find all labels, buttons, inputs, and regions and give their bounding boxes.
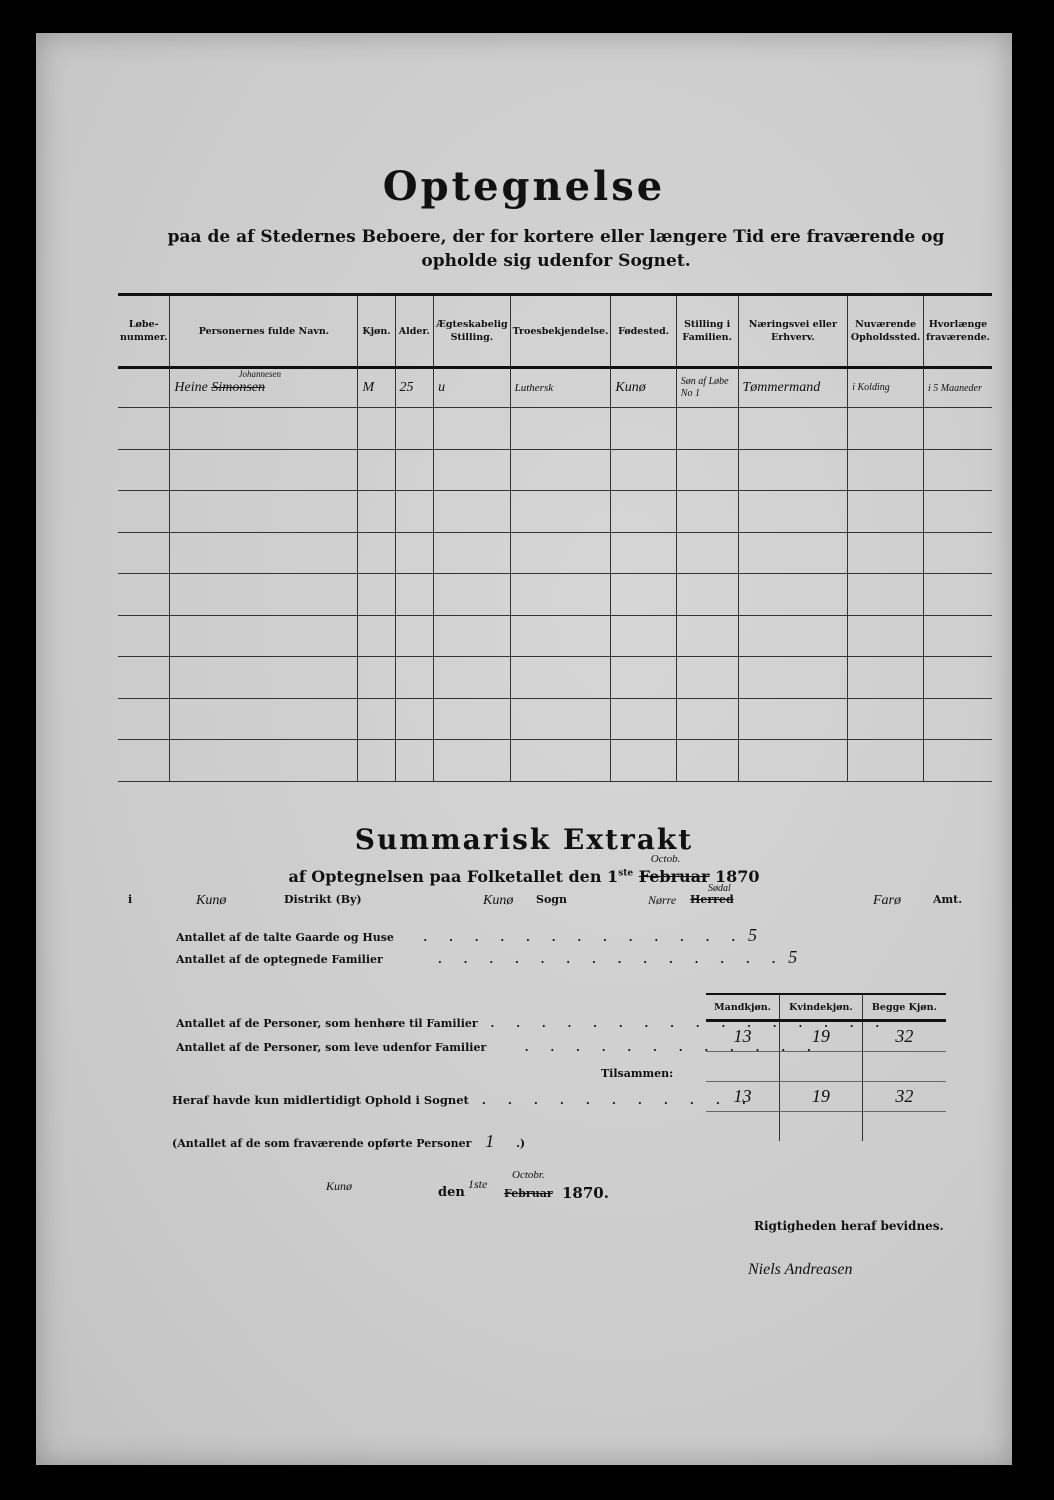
date-correction: Octobr. (512, 1169, 545, 1181)
cell-fravaerende: i 5 Maaneder (923, 368, 992, 408)
cell-erhverv: Tømmermand (738, 368, 848, 408)
location-prefix: i (128, 893, 132, 906)
totals-table: Mandkjøn. Kvindekjøn. Begge Kjøn. 13 19 … (706, 993, 946, 1141)
totals-header: Mandkjøn. Kvindekjøn. Begge Kjøn. (706, 994, 946, 1021)
cell-begge: 32 (862, 1021, 946, 1052)
cell-troes: Luthersk (510, 368, 611, 408)
census-table: Løbe-nummer. Personernes fulde Navn. Kjø… (118, 293, 992, 782)
leader-dots: . . . . . . . . . . . . . (398, 931, 744, 944)
date-prefix: den (438, 1185, 465, 1200)
col-familie: Stilling i Familien. (676, 295, 738, 368)
date-place: Kunø (326, 1179, 352, 1194)
herred-struck: Herred (690, 893, 734, 906)
extract-title: Summarisk Extrakt (36, 823, 1012, 856)
sogn-label: Sogn (536, 893, 567, 906)
date-line: Kunø den 1ste Februar Octobr. 1870. (326, 1177, 646, 1207)
extract-subtitle-sup: ste (618, 869, 633, 879)
location-line: i Kunø Distrikt (By) Kunø Sogn Nørre Her… (128, 893, 988, 915)
cell-nummer (118, 368, 170, 408)
amt-label: Amt. (933, 893, 962, 906)
table-row-empty (118, 491, 992, 533)
table-row-empty (118, 615, 992, 657)
cell-mand: 13 (706, 1082, 780, 1112)
cell-kvinde: 19 (780, 1082, 863, 1112)
col-alder: Alder. (395, 295, 434, 368)
count-value: 5 (788, 947, 797, 967)
absent-close: .) (516, 1137, 525, 1150)
signature: Niels Andreasen (748, 1261, 852, 1279)
cell-opholdssted: i Kolding (848, 368, 924, 408)
navn-correction: Johannesen (239, 369, 282, 379)
navn-struck: Simonsen (211, 380, 265, 395)
document-page: Optegnelse paa de af Stedernes Beboere, … (36, 33, 1012, 1465)
date-struck: Februar (504, 1187, 553, 1200)
extract-subtitle-correction: Octob. (651, 853, 681, 865)
row-label: Heraf havde kun midlertidigt Ophold i So… (172, 1093, 469, 1107)
table-row-empty (118, 532, 992, 574)
cell-fodested: Kunø (611, 368, 676, 408)
cell-kvinde (780, 1112, 863, 1142)
cell-kjon: M (358, 368, 395, 408)
amt-value: Farø (873, 893, 901, 909)
cell-familie: Søn af Løbe No 1 (676, 368, 738, 408)
district-label: Distrikt (By) (284, 893, 362, 906)
absent-line: (Antallet af de som fraværende opførte P… (172, 1131, 525, 1152)
table-row-empty (118, 657, 992, 699)
table-row-empty (118, 408, 992, 450)
count-value: 5 (748, 925, 757, 945)
tilsammen-label: Tilsammen: (601, 1067, 673, 1080)
district-value: Kunø (196, 893, 226, 909)
cell-begge (862, 1052, 946, 1082)
table-row-empty (118, 698, 992, 740)
row-label: Antallet af de Personer, som henhøre til… (176, 1017, 478, 1030)
totals-row-familier: 13 19 32 (706, 1021, 946, 1052)
herred-value: Nørre (648, 893, 676, 908)
col-lobenummer: Løbe-nummer. (118, 295, 170, 368)
absent-label: (Antallet af de som fraværende opførte P… (172, 1137, 471, 1150)
midlertidigt-label: Heraf havde kun midlertidigt Ophold i So… (172, 1093, 755, 1107)
census-header-row: Løbe-nummer. Personernes fulde Navn. Kjø… (118, 295, 992, 368)
extract-subtitle-prefix: af Optegnelsen paa Folketallet den 1 (288, 867, 618, 886)
col-fravaerende: Hvorlænge fraværende. (923, 295, 992, 368)
totals-row-midlertidigt (706, 1112, 946, 1142)
totals-row-udenfor (706, 1052, 946, 1082)
date-day: 1ste (468, 1177, 487, 1192)
col-mandkjon: Mandkjøn. (706, 994, 780, 1021)
herred-correction: Sødal (708, 883, 731, 894)
col-aegteskab: Ægteskabelig Stilling. (434, 295, 511, 368)
cell-mand: 13 (706, 1021, 780, 1052)
col-kjon: Kjøn. (358, 295, 395, 368)
cell-begge (862, 1112, 946, 1142)
totals-row-tilsammen: 13 19 32 (706, 1082, 946, 1112)
extract-subtitle: af Optegnelsen paa Folketallet den 1ste … (36, 867, 1012, 886)
navn-first: Heine (174, 380, 207, 395)
sogn-value: Kunø (483, 893, 513, 909)
row-label: Antallet af de Personer, som leve udenfo… (176, 1041, 486, 1054)
cell-navn: Heine Simonsen Johannesen (170, 368, 358, 408)
count-row-familier: Antallet af de optegnede Familier . . . … (176, 947, 797, 968)
date-year: 1870. (562, 1184, 609, 1202)
count-row-gaarde: Antallet af de talte Gaarde og Huse . . … (176, 925, 757, 946)
table-row-empty (118, 574, 992, 616)
col-erhverv: Næringsvei eller Erhverv. (738, 295, 848, 368)
page-title: Optegnelse (36, 163, 1012, 210)
page-subtitle: paa de af Stedernes Beboere, der for kor… (136, 225, 976, 273)
cell-mand (706, 1052, 780, 1082)
count-label: Antallet af de optegnede Familier (176, 953, 383, 966)
count-label: Antallet af de talte Gaarde og Huse (176, 931, 394, 944)
leader-dots: . . . . . . . . . . . . . . (387, 953, 785, 966)
attest-text: Rigtigheden heraf bevidnes. (754, 1219, 944, 1233)
col-fodested: Fødested. (611, 295, 676, 368)
col-troes: Troesbekjendelse. (510, 295, 611, 368)
col-kvindekjon: Kvindekjøn. (780, 994, 863, 1021)
cell-begge: 32 (862, 1082, 946, 1112)
cell-stilling: u (434, 368, 511, 408)
extract-subtitle-struck: Februar (639, 867, 710, 886)
absent-value: 1 (485, 1131, 494, 1151)
table-row-empty (118, 740, 992, 782)
col-navn: Personernes fulde Navn. (170, 295, 358, 368)
cell-mand (706, 1112, 780, 1142)
col-opholdssted: Nuværende Opholdssted. (848, 295, 924, 368)
col-begge: Begge Kjøn. (862, 994, 946, 1021)
cell-kvinde (780, 1052, 863, 1082)
cell-kvinde: 19 (780, 1021, 863, 1052)
table-row: Heine Simonsen Johannesen M 25 u Luthers… (118, 368, 992, 408)
table-row-empty (118, 449, 992, 491)
cell-alder: 25 (395, 368, 434, 408)
